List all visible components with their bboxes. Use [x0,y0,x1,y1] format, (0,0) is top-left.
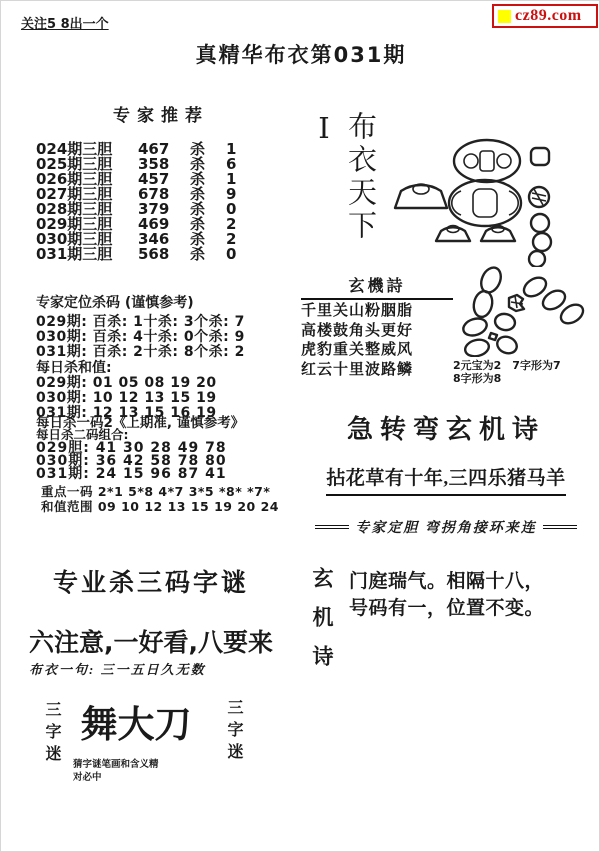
three-char-riddle-label-left: 三字迷 [41,701,64,791]
kill-position-row: 031期: 百杀: 2十杀: 8个杀: 2 [36,345,291,360]
ingot-coin-drawing [383,131,561,267]
kill-position-section: 专家定位杀码 (谨慎参考) 029期: 百杀: 1十杀: 3个杀: 7 030期… [36,292,291,421]
kill-label: 杀 [190,247,226,262]
yellow-square-icon [498,10,511,23]
xuanji-poem-title: 玄機詩 [301,273,453,300]
three-char-riddle-answer: 舞大刀 [71,694,201,748]
watch-note: 关注5 8出一个 [21,13,109,32]
riddle-title: 专业杀三码字谜 [11,563,291,599]
expert-recommend-title: 专家推荐 [36,101,286,126]
riddle-line: 六注意,一好看,八要来 [11,623,291,659]
poem-line: 虎豹重关整威风 [301,341,453,359]
row-value: 568 [138,247,190,262]
divider-line [543,525,577,529]
sharp-turn-line: 拈花草有十年,三四乐猪马羊 [301,463,591,496]
bottom-poem-vertical-title: 玄机诗 [307,567,337,697]
bottom-poem: 门庭瑞气。相隔十八， 号码有一，位置不变。 [349,568,589,622]
daily-sum-title: 每日杀和值: [36,360,291,376]
expert-fix-text: 专家定胆 弯拐角接环来连 [355,517,537,537]
caption-line: 8字形为8 [453,372,561,385]
three-char-riddle-label-right: 三字迷 [223,699,246,789]
kill-position-title: 专家定位杀码 (谨慎参考) [36,292,291,312]
sharp-turn-title: 急转弯玄机诗 [301,409,591,446]
xuanji-poem-section: 玄機詩 千里关山粉胭脂 高楼鼓角头更好 虎豹重关整威风 红云十里波路鳞 [301,273,453,378]
buyi-sentence: 布衣一句: 三一五日久无数 [29,659,289,678]
daily-sum-row: 030期: 10 12 13 15 19 [36,391,291,406]
sharp-turn-text: 拈花草有十年,三四乐猪马羊 [326,463,565,496]
poem-line: 高楼鼓角头更好 [301,322,453,340]
daily-two-row: 031期: 24 15 96 87 41 [36,468,296,481]
expert-recommend-section: 专家推荐 024期三胆 467 杀 1 025期三胆 358 杀 6 026期三… [36,101,286,262]
expert-recommend-table: 024期三胆 467 杀 1 025期三胆 358 杀 6 026期三胆 457… [36,142,286,262]
row-period: 031期三胆 [36,247,138,262]
poem-line: 红云十里波路鳞 [301,361,453,379]
lottery-sheet-page: 关注5 8出一个 cz89.com 真精华布衣第031期 专家推荐 024期三胆… [0,0,600,852]
buyi-tianxia-vertical-title: 布衣天下Ⅰ [306,111,381,261]
sum-range: 和值范围 09 10 12 13 15 19 20 24 [41,497,279,515]
caption-line: 2元宝为2 7字形为7 [453,359,561,372]
kill-position-row: 030期: 百杀: 4十杀: 0个杀: 9 [36,330,291,345]
divider-line [315,525,349,529]
page-title: 真精华布衣第031期 [1,39,600,69]
poem-line: 号码有一，位置不变。 [349,595,589,622]
three-char-riddle-note: 猜字谜笔画和含义精 对必中 [73,758,203,784]
kill-position-row: 029期: 百杀: 1十杀: 3个杀: 7 [36,315,291,330]
expert-fix-note: 专家定胆 弯拐角接环来连 [301,517,591,537]
site-badge[interactable]: cz89.com [492,4,598,28]
chain-rings-drawing [453,265,593,357]
site-link[interactable]: cz89.com [515,7,582,25]
table-row: 031期三胆 568 杀 0 [36,247,286,262]
chain-caption: 2元宝为2 7字形为7 8字形为8 [453,359,561,385]
note-line: 对必中 [73,771,203,784]
poem-line: 门庭瑞气。相隔十八， [349,568,589,595]
note-line: 猜字谜笔画和含义精 [73,758,203,771]
daily-sum-row: 029期: 01 05 08 19 20 [36,376,291,391]
row-kill: 0 [226,247,236,262]
daily-kill-two-section: 每日杀二码组合: 029胆: 41 30 28 49 78 030期: 36 4… [36,428,296,480]
poem-line: 千里关山粉胭脂 [301,302,453,320]
